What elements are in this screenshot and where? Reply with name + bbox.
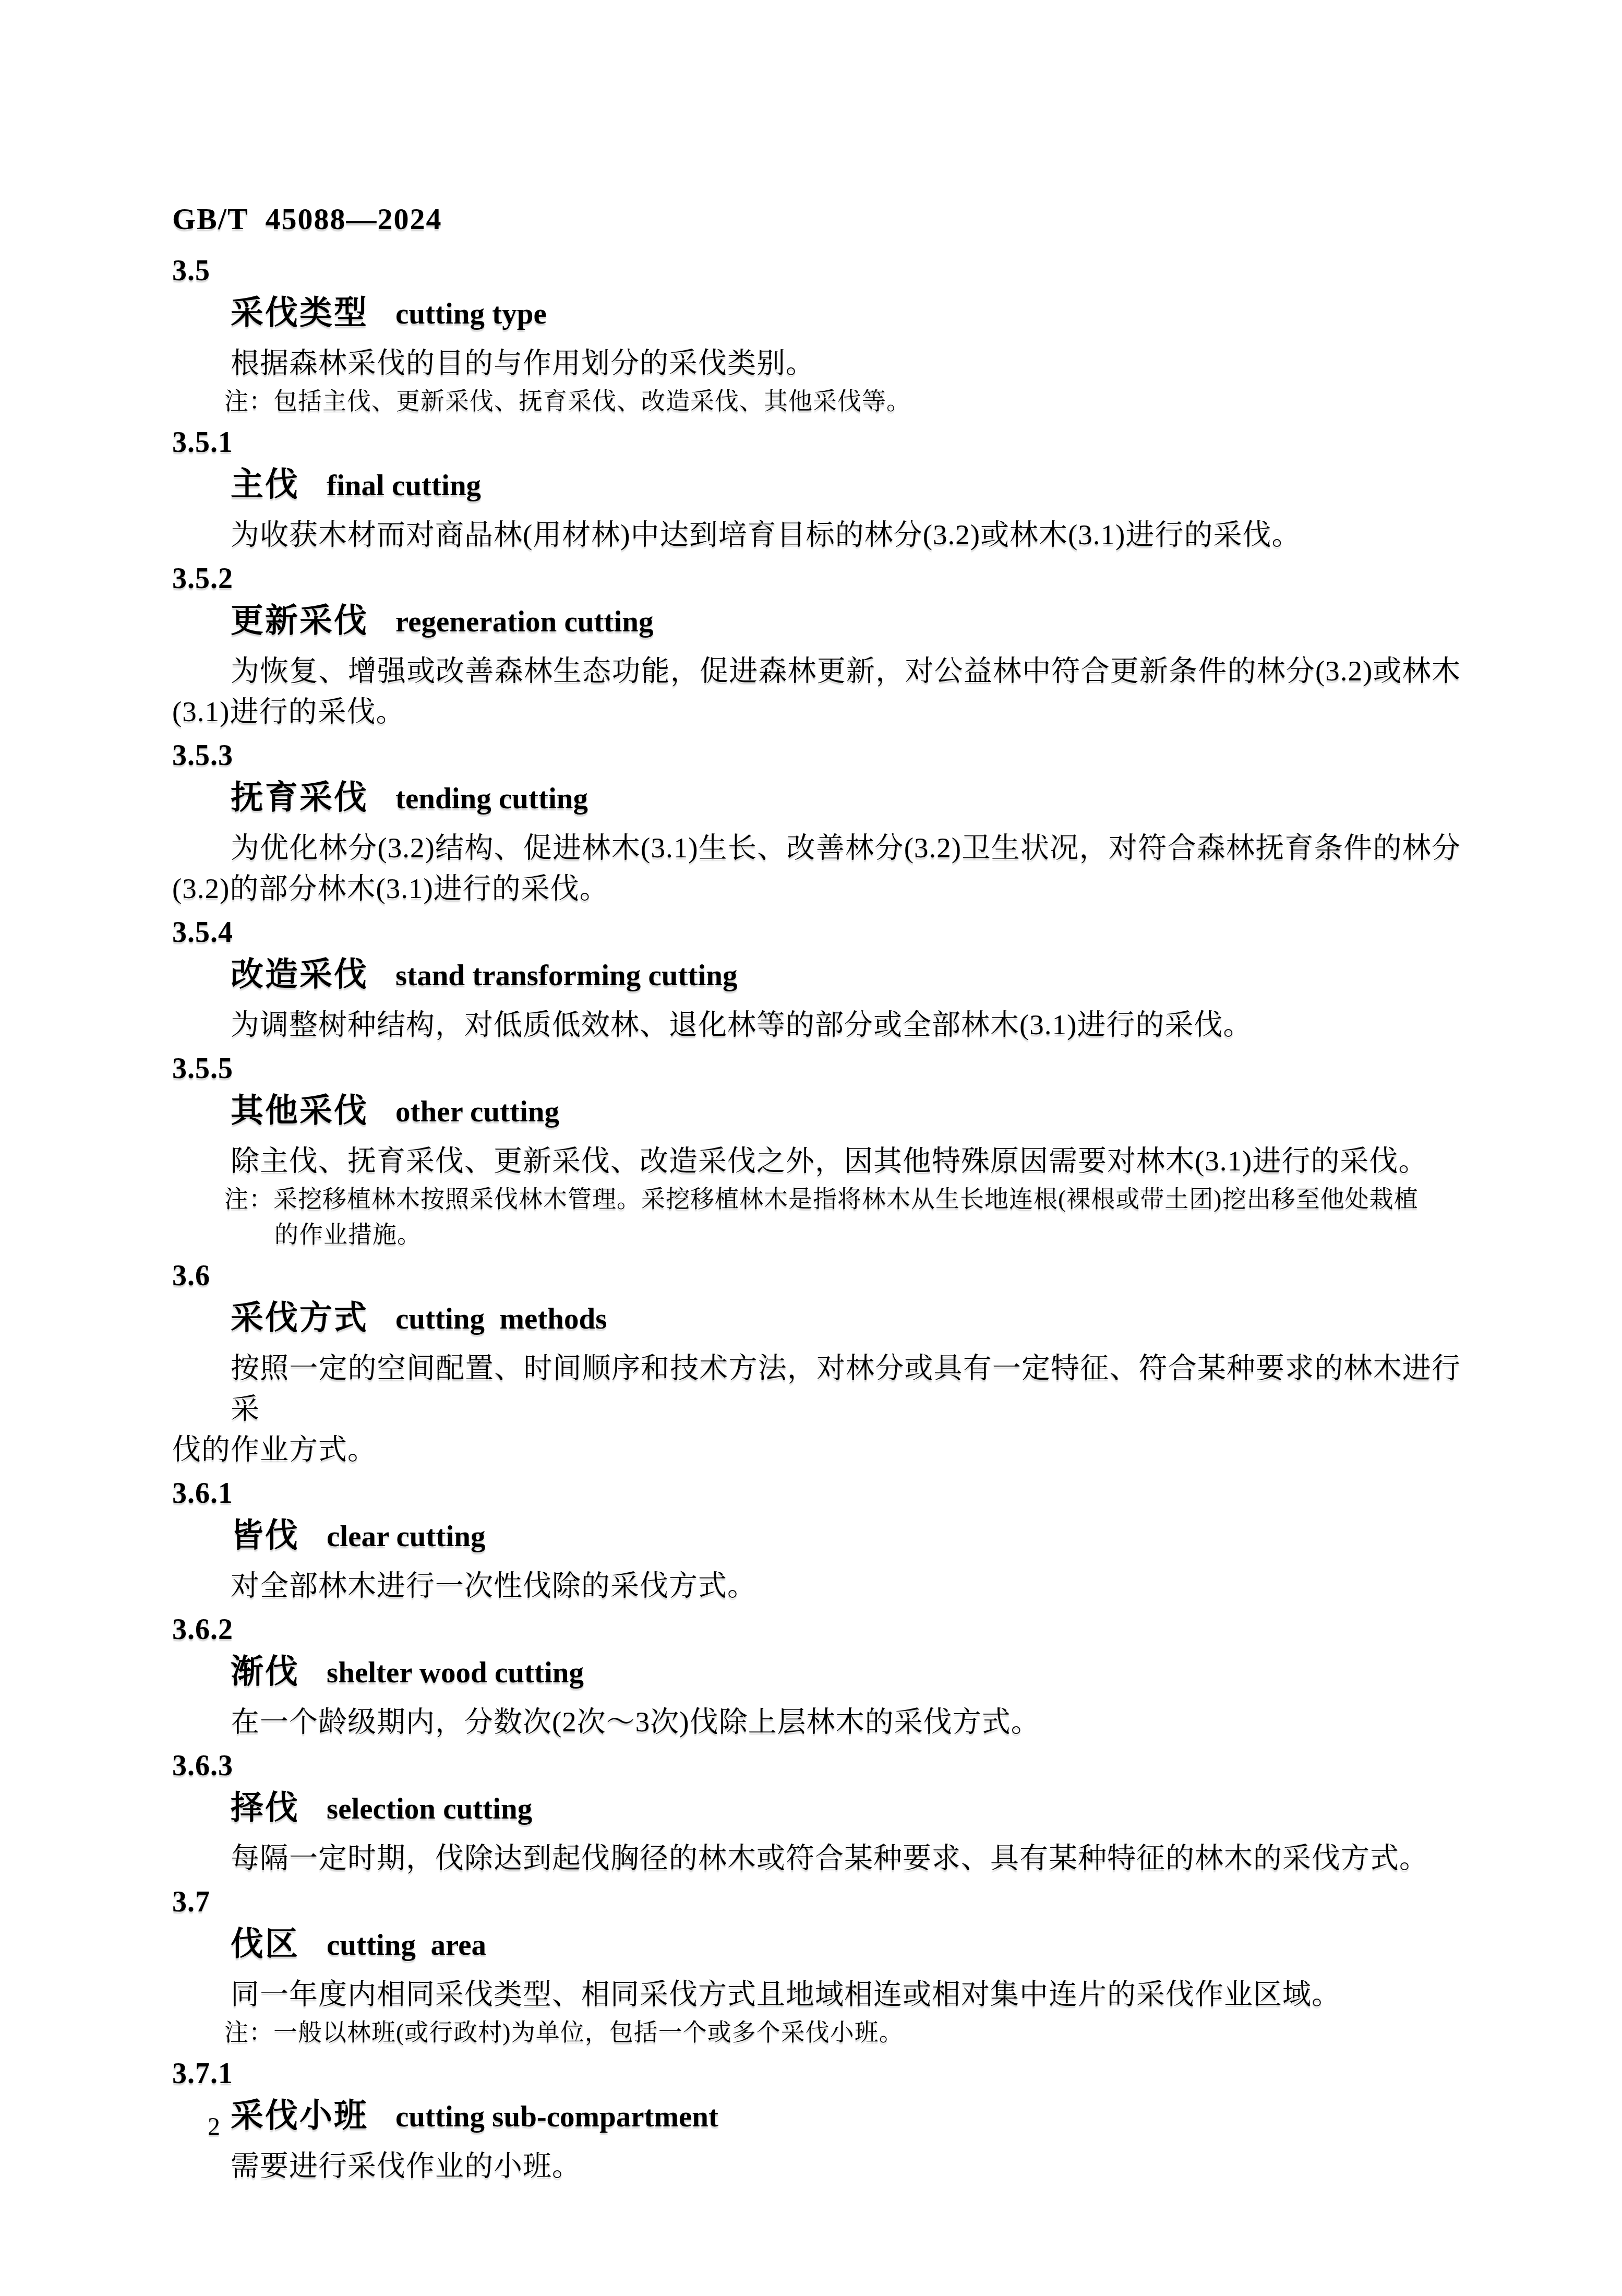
term-definition: 每隔一定时期，伐除达到起伐胸径的林木或符合某种要求、具有某种特征的林木的采伐方式… [172,1838,1461,1879]
definition-line: 为优化林分(3.2)结构、促进林木(3.1)生长、改善林分(3.2)卫生状况，对… [172,828,1461,868]
definition-line: 为收获木材而对商品林(用材林)中达到培育目标的林分(3.2)或林木(3.1)进行… [172,515,1461,555]
term-definition: 根据森林采伐的目的与作用划分的采伐类别。 [172,343,1461,384]
definition-line: (3.1)进行的采伐。 [172,691,1461,732]
section-number: 3.7 [172,1882,1461,1922]
term-english: cutting type [395,297,547,330]
term-note: 注：包括主伐、更新采伐、抚育采伐、改造采伐、其他采伐等。 [172,384,1461,419]
term-definition: 对全部林木进行一次性伐除的采伐方式。 [172,1565,1461,1606]
term-english: shelter wood cutting [327,1656,584,1689]
term-note: 注：采挖移植林木按照采伐林木管理。采挖移植林木是指将林木从生长地连根(裸根或带土… [172,1181,1461,1252]
term-entry-3.6.1: 3.6.1 皆伐clear cutting 对全部林木进行一次性伐除的采伐方式。 [172,1473,1461,1606]
term-line: 皆伐clear cutting [172,1514,1461,1565]
term-english: cutting area [327,1929,486,1962]
term-english: clear cutting [327,1520,485,1553]
term-entry-3.7: 3.7 伐区cutting area 同一年度内相同采伐类型、相同采伐方式且地域… [172,1882,1461,2050]
term-english: selection cutting [327,1792,532,1825]
definition-line: 在一个龄级期内，分数次(2次～3次)伐除上层林木的采伐方式。 [172,1702,1461,1742]
definition-line: (3.2)的部分林木(3.1)进行的采伐。 [172,868,1461,909]
term-definition: 按照一定的空间配置、时间顺序和技术方法，对林分或具有一定特征、符合某种要求的林木… [172,1348,1461,1470]
term-line: 采伐类型cutting type [172,291,1461,343]
term-entry-3.5.2: 3.5.2 更新采伐regeneration cutting 为恢复、增强或改善… [172,558,1461,732]
term-chinese: 采伐小班 [231,2097,368,2134]
term-entry-3.6.2: 3.6.2 渐伐shelter wood cutting 在一个龄级期内，分数次… [172,1609,1461,1742]
term-line: 改造采伐stand transforming cutting [172,953,1461,1004]
section-number: 3.7.1 [172,2053,1461,2094]
term-entry-3.5.5: 3.5.5 其他采伐other cutting 除主伐、抚育采伐、更新采伐、改造… [172,1048,1461,1252]
term-line: 渐伐shelter wood cutting [172,1650,1461,1702]
section-number: 3.5.2 [172,558,1461,599]
section-number: 3.6.2 [172,1609,1461,1650]
section-number: 3.5.5 [172,1048,1461,1089]
note-line: 注：采挖移植林木按照采伐林木管理。采挖移植林木是指将林木从生长地连根(裸根或带土… [172,1181,1461,1217]
terminology-sections: 3.5 采伐类型cutting type 根据森林采伐的目的与作用划分的采伐类别… [172,247,1461,2186]
term-chinese: 改造采伐 [231,956,368,992]
term-chinese: 皆伐 [231,1517,299,1553]
standard-number-header: GB/T 45088—2024 [172,202,442,236]
term-definition: 为优化林分(3.2)结构、促进林木(3.1)生长、改善林分(3.2)卫生状况，对… [172,828,1461,909]
term-english: other cutting [395,1095,559,1128]
term-chinese: 抚育采伐 [231,779,368,816]
term-line: 择伐selection cutting [172,1786,1461,1838]
term-line: 采伐小班cutting sub-compartment [172,2094,1461,2146]
section-number: 3.5.4 [172,912,1461,953]
term-english: cutting methods [395,1302,607,1335]
definition-line: 每隔一定时期，伐除达到起伐胸径的林木或符合某种要求、具有某种特征的林木的采伐方式… [172,1838,1461,1879]
term-definition: 需要进行采伐作业的小班。 [172,2146,1461,2186]
note-line: 的作业措施。 [172,1217,1461,1252]
definition-line: 根据森林采伐的目的与作用划分的采伐类别。 [172,343,1461,384]
document-page: GB/T 45088—2024 3.5 采伐类型cutting type 根据森… [0,0,1622,2296]
term-entry-3.7.1: 3.7.1 采伐小班cutting sub-compartment 需要进行采伐… [172,2053,1461,2186]
section-number: 3.5.3 [172,735,1461,776]
section-number: 3.6.1 [172,1473,1461,1514]
definition-line: 伐的作业方式。 [172,1429,1461,1470]
definition-line: 按照一定的空间配置、时间顺序和技术方法，对林分或具有一定特征、符合某种要求的林木… [172,1348,1461,1429]
term-entry-3.5: 3.5 采伐类型cutting type 根据森林采伐的目的与作用划分的采伐类别… [172,250,1461,419]
term-line: 其他采伐other cutting [172,1089,1461,1141]
term-entry-3.5.1: 3.5.1 主伐final cutting 为收获木材而对商品林(用材林)中达到… [172,422,1461,555]
term-entry-3.6.3: 3.6.3 择伐selection cutting 每隔一定时期，伐除达到起伐胸… [172,1745,1461,1879]
term-chinese: 主伐 [231,466,299,503]
term-english: regeneration cutting [395,605,653,638]
term-definition: 同一年度内相同采伐类型、相同采伐方式且地域相连或相对集中连片的采伐作业区域。 [172,1974,1461,2015]
term-line: 采伐方式cutting methods [172,1296,1461,1348]
definition-line: 为恢复、增强或改善森林生态功能，促进森林更新，对公益林中符合更新条件的林分(3.… [172,651,1461,691]
term-line: 主伐final cutting [172,463,1461,515]
section-number: 3.6.3 [172,1745,1461,1786]
term-chinese: 伐区 [231,1926,299,1962]
term-chinese: 渐伐 [231,1653,299,1690]
term-chinese: 采伐类型 [231,294,368,331]
term-definition: 在一个龄级期内，分数次(2次～3次)伐除上层林木的采伐方式。 [172,1702,1461,1742]
definition-line: 需要进行采伐作业的小班。 [172,2146,1461,2186]
definition-line: 除主伐、抚育采伐、更新采伐、改造采伐之外，因其他特殊原因需要对林木(3.1)进行… [172,1141,1461,1181]
section-number: 3.5 [172,250,1461,291]
term-definition: 为收获木材而对商品林(用材林)中达到培育目标的林分(3.2)或林木(3.1)进行… [172,515,1461,555]
term-definition: 除主伐、抚育采伐、更新采伐、改造采伐之外，因其他特殊原因需要对林木(3.1)进行… [172,1141,1461,1181]
definition-line: 为调整树种结构，对低质低效林、退化林等的部分或全部林木(3.1)进行的采伐。 [172,1004,1461,1045]
term-chinese: 更新采伐 [231,602,368,639]
term-entry-3.6: 3.6 采伐方式cutting methods 按照一定的空间配置、时间顺序和技… [172,1255,1461,1470]
term-english: cutting sub-compartment [395,2100,718,2133]
term-english: stand transforming cutting [395,959,738,992]
definition-line: 对全部林木进行一次性伐除的采伐方式。 [172,1565,1461,1606]
term-entry-3.5.4: 3.5.4 改造采伐stand transforming cutting 为调整… [172,912,1461,1045]
term-line: 伐区cutting area [172,1922,1461,1974]
page-number: 2 [208,2112,220,2142]
term-definition: 为恢复、增强或改善森林生态功能，促进森林更新，对公益林中符合更新条件的林分(3.… [172,651,1461,732]
term-line: 更新采伐regeneration cutting [172,599,1461,651]
term-english: tending cutting [395,782,588,815]
term-entry-3.5.3: 3.5.3 抚育采伐tending cutting 为优化林分(3.2)结构、促… [172,735,1461,909]
section-number: 3.5.1 [172,422,1461,463]
term-note: 注：一般以林班(或行政村)为单位，包括一个或多个采伐小班。 [172,2015,1461,2050]
term-chinese: 择伐 [231,1789,299,1826]
term-definition: 为调整树种结构，对低质低效林、退化林等的部分或全部林木(3.1)进行的采伐。 [172,1004,1461,1045]
note-line: 注：一般以林班(或行政村)为单位，包括一个或多个采伐小班。 [172,2015,1461,2050]
term-chinese: 其他采伐 [231,1092,368,1129]
term-line: 抚育采伐tending cutting [172,776,1461,828]
term-english: final cutting [327,469,481,502]
note-line: 注：包括主伐、更新采伐、抚育采伐、改造采伐、其他采伐等。 [172,384,1461,419]
section-number: 3.6 [172,1255,1461,1296]
term-chinese: 采伐方式 [231,1299,368,1336]
definition-line: 同一年度内相同采伐类型、相同采伐方式且地域相连或相对集中连片的采伐作业区域。 [172,1974,1461,2015]
